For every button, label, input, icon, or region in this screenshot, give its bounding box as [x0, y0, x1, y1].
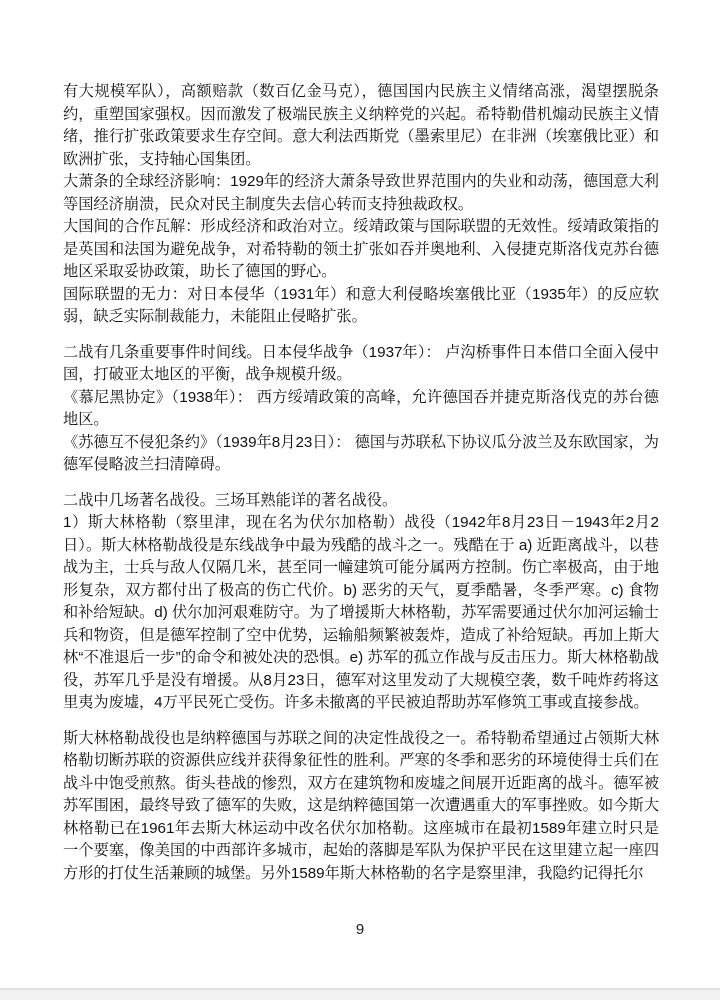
page-number: 9 — [0, 921, 720, 939]
text-block: 二战中几场著名战役。三场耳熟能详的著名战役。1）斯大林格勒（察里津，现在名为伏尔… — [63, 490, 659, 715]
paragraph: 大国间的合作瓦解：形成经济和政治对立。绥靖政策与国际联盟的无效性。绥靖政策指的是… — [63, 216, 659, 284]
paragraph: 大萧条的全球经济影响：1929年的经济大萧条导致世界范围内的失业和动荡，德国意大… — [63, 171, 659, 216]
text-blocks: 有大规模军队），高额赔款（数百亿金马克），德国国内民族主义情绪高涨，渴望摆脱条约… — [63, 81, 659, 885]
document-viewport: 有大规模军队），高额赔款（数百亿金马克），德国国内民族主义情绪高涨，渴望摆脱条约… — [0, 0, 720, 1000]
paragraph: 二战有几条重要事件时间线。日本侵华战争（1937年）： 卢沟桥事件日本借口全面入… — [63, 342, 659, 387]
paragraph: 《慕尼黑协定》（1938年）： 西方绥靖政策的高峰，允许德国吞并捷克斯洛伐克的苏… — [63, 387, 659, 432]
text-block: 斯大林格勒战役也是纳粹德国与苏联之间的决定性战役之一。希特勒希望通过占领斯大林格… — [63, 728, 659, 886]
text-block: 二战有几条重要事件时间线。日本侵华战争（1937年）： 卢沟桥事件日本借口全面入… — [63, 342, 659, 477]
paragraph: 1）斯大林格勒（察里津，现在名为伏尔加格勒）战役（1942年8月23日－1943… — [63, 512, 659, 715]
paragraph: 有大规模军队），高额赔款（数百亿金马克），德国国内民族主义情绪高涨，渴望摆脱条约… — [63, 81, 659, 171]
text-block: 有大规模军队），高额赔款（数百亿金马克），德国国内民族主义情绪高涨，渴望摆脱条约… — [63, 81, 659, 329]
page-gap — [0, 992, 720, 1000]
document-page: 有大规模军队），高额赔款（数百亿金马克），德国国内民族主义情绪高涨，渴望摆脱条约… — [0, 0, 720, 990]
paragraph: 二战中几场著名战役。三场耳熟能详的著名战役。 — [63, 490, 659, 513]
paragraph: 斯大林格勒战役也是纳粹德国与苏联之间的决定性战役之一。希特勒希望通过占领斯大林格… — [63, 728, 659, 886]
page-content: 有大规模军队），高额赔款（数百亿金马克），德国国内民族主义情绪高涨，渴望摆脱条约… — [63, 81, 659, 898]
paragraph: 国际联盟的无力：对日本侵华（1931年）和意大利侵略埃塞俄比亚（1935年）的反… — [63, 284, 659, 329]
paragraph: 《苏德互不侵犯条约》（1939年8月23日）： 德国与苏联私下协议瓜分波兰及东欧… — [63, 432, 659, 477]
